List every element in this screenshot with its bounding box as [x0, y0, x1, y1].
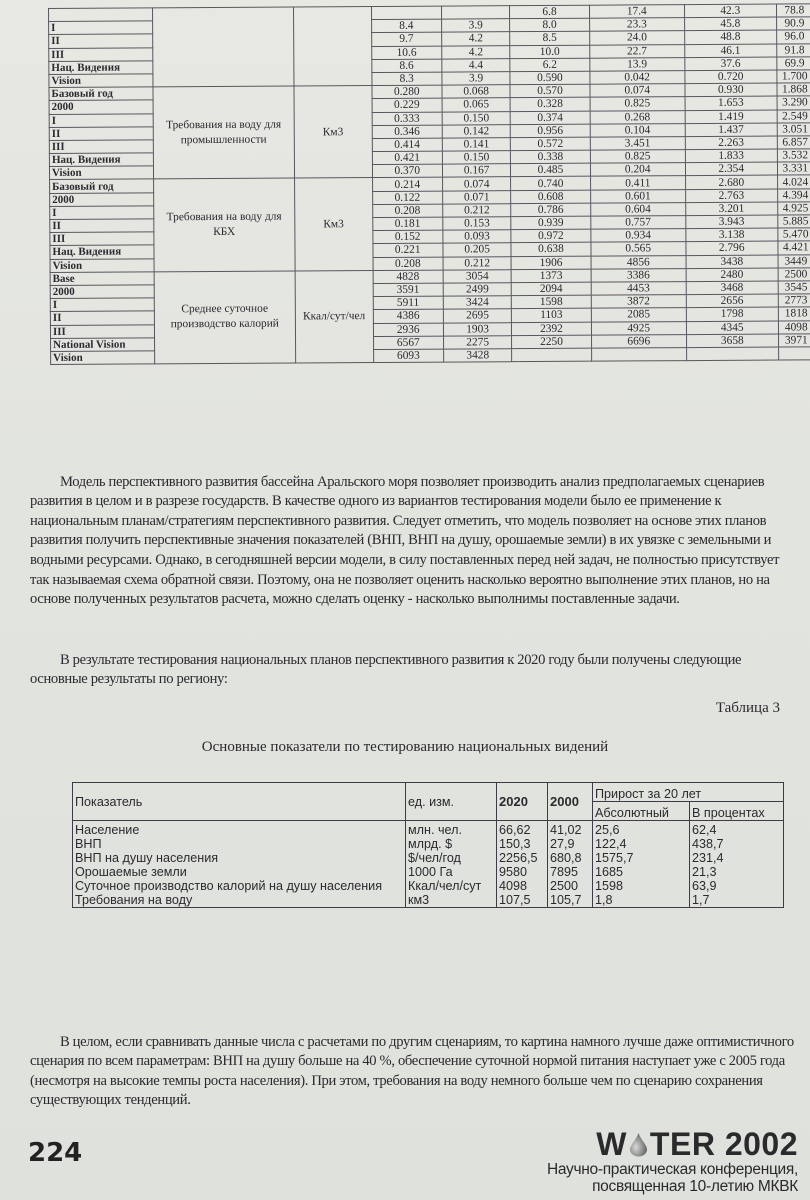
indicator-group: Среднее суточное производство калорий	[154, 271, 296, 364]
scenario-label: Базовый год	[50, 179, 154, 193]
value-cell: 0.214	[372, 178, 442, 192]
table-row: Орошаемые земли1000 Га95807895168521,3	[73, 865, 784, 879]
value-cell: 23.3	[589, 18, 684, 32]
value-cell: 0.333	[372, 112, 442, 126]
page-number: 224	[28, 1138, 82, 1168]
value-cell: 0.208	[373, 257, 443, 271]
indicator-group: Требования на воду для промышленности	[153, 86, 295, 179]
value-cell: 2499	[443, 283, 512, 297]
scenario-label	[49, 8, 153, 22]
value-cell: 0.268	[590, 110, 685, 124]
value-cell: 1103	[512, 309, 591, 323]
paragraph-results-intro: В результате тестирования национальных п…	[30, 651, 798, 690]
y2000-cell: 2500	[548, 879, 593, 893]
value-cell: 8.6	[371, 59, 441, 73]
y2000-cell: 105,7	[548, 893, 593, 908]
value-cell: 0.825	[590, 150, 685, 164]
unit-cell: млрд. $	[406, 837, 497, 851]
value-cell: 0.930	[685, 83, 777, 97]
table-title: Основные показатели по тестированию наци…	[0, 739, 810, 756]
percent-cell: 21,3	[690, 865, 784, 879]
value-cell: 2936	[373, 323, 443, 337]
value-cell: 1.833	[685, 149, 777, 163]
value-cell: 2085	[591, 308, 686, 322]
value-cell: 3428	[443, 349, 512, 363]
value-cell: 0.150	[442, 151, 511, 165]
value-cell: 3386	[591, 268, 686, 282]
national-visions-table: Показатель ед. изм. 2020 2000 Прирост за…	[72, 782, 784, 908]
scenario-label: III	[50, 232, 154, 246]
value-cell: 2.549	[777, 109, 810, 122]
value-cell: 6.857	[777, 136, 810, 149]
indicator-unit: Км3	[294, 178, 372, 271]
value-cell: 3.943	[686, 215, 778, 229]
value-cell: 17.4	[589, 5, 684, 19]
value-cell: 0.346	[372, 125, 442, 139]
indicator-cell: Население	[73, 821, 406, 838]
value-cell: 13.9	[589, 57, 684, 71]
paragraph-conclusion: В целом, если сравнивать данные числа с …	[30, 1033, 798, 1111]
value-cell: 0.414	[372, 138, 442, 152]
absolute-cell: 1685	[593, 865, 690, 879]
y2000-cell: 41,02	[548, 821, 593, 838]
value-cell: 0.604	[590, 202, 685, 216]
scenario-label: I	[50, 298, 154, 312]
scenario-label: II	[50, 311, 154, 325]
indicator-cell: Орошаемые земли	[73, 865, 406, 879]
value-cell: 3971	[778, 334, 810, 347]
value-cell: 45.8	[684, 17, 776, 31]
value-cell: 3.9	[441, 19, 510, 33]
table-row: Суточное производство калорий на душу на…	[73, 879, 784, 893]
value-cell: 4925	[591, 321, 686, 335]
value-cell: 3449	[778, 254, 810, 267]
scenario-label: I	[49, 21, 153, 35]
scenario-label: 2000	[50, 285, 154, 299]
value-cell: 5911	[373, 296, 443, 310]
indicator-group	[152, 7, 294, 87]
value-cell: 0.328	[510, 98, 589, 112]
value-cell: 3.201	[686, 202, 778, 216]
absolute-cell: 25,6	[593, 821, 690, 838]
absolute-cell: 1598	[593, 879, 690, 893]
value-cell: 24.0	[589, 31, 684, 45]
header-growth: Прирост за 20 лет	[593, 783, 784, 802]
value-cell: 0.208	[372, 204, 442, 218]
value-cell: 0.167	[442, 164, 511, 178]
value-cell: 0.181	[372, 217, 442, 231]
unit-cell: 1000 Га	[406, 865, 497, 879]
scenario-label: 2000	[50, 192, 154, 206]
value-cell: 0.205	[443, 243, 512, 257]
value-cell: 0.042	[589, 71, 684, 85]
y2020-cell: 4098	[497, 879, 548, 893]
value-cell: 4.925	[777, 202, 810, 215]
scenario-label: II	[49, 127, 153, 141]
value-cell: 10.0	[510, 45, 589, 59]
value-cell: 1906	[511, 256, 590, 270]
value-cell: 0.074	[590, 84, 685, 98]
value-cell: 4098	[778, 320, 810, 333]
scenario-label: III	[49, 140, 153, 154]
indicator-cell: Суточное производство калорий на душу на…	[73, 879, 406, 893]
percent-cell: 1,7	[690, 893, 784, 908]
value-cell: 3545	[778, 281, 810, 294]
header-percent: В процентах	[690, 802, 784, 821]
value-cell: 1.419	[685, 110, 777, 124]
scenario-label: Vision	[51, 351, 155, 365]
value-cell: 3.9	[442, 72, 511, 86]
value-cell: 2656	[686, 294, 778, 308]
value-cell: 1.653	[685, 96, 777, 110]
table-row: Населениемлн. чел.66,6241,0225,662,4	[73, 821, 784, 838]
value-cell: 3054	[443, 269, 512, 283]
table-row: Требования на водукм3107,5105,71,81,7	[73, 893, 784, 908]
value-cell: 0.825	[590, 97, 685, 111]
value-cell: 2480	[686, 268, 778, 282]
indicator-cell: ВНП	[73, 837, 406, 851]
value-cell: 3872	[591, 295, 686, 309]
value-cell: 0.421	[372, 151, 442, 165]
value-cell: 37.6	[685, 57, 777, 71]
value-cell: 90.9	[776, 17, 810, 30]
value-cell: 96.0	[776, 30, 810, 43]
value-cell: 42.3	[684, 4, 776, 18]
value-cell: 4856	[591, 255, 686, 269]
water-drop-icon	[629, 1129, 648, 1154]
value-cell: 0.093	[443, 230, 512, 244]
value-cell: 2275	[443, 335, 512, 349]
absolute-cell: 1575,7	[593, 851, 690, 865]
value-cell: 4828	[373, 270, 443, 284]
value-cell: 0.068	[442, 85, 511, 99]
y2020-cell: 107,5	[497, 893, 548, 908]
value-cell: 0.204	[590, 163, 685, 177]
value-cell	[371, 6, 441, 20]
value-cell: 4.4	[442, 58, 511, 72]
value-cell: 0.142	[442, 124, 511, 138]
indicator-unit: Км3	[294, 86, 372, 179]
value-cell: 0.065	[442, 98, 511, 112]
value-cell: 3438	[686, 255, 778, 269]
scenario-table: 6.817.442.378.8I8.43.98.023.345.890.9II9…	[48, 3, 810, 365]
percent-cell: 231,4	[690, 851, 784, 865]
document-page: 6.817.442.378.8I8.43.98.023.345.890.9II9…	[0, 0, 810, 1200]
header-2020: 2020	[497, 783, 548, 821]
value-cell: 2.680	[685, 175, 777, 189]
scenario-label: III	[50, 324, 154, 338]
value-cell: 48.8	[685, 30, 777, 44]
value-cell: 10.6	[371, 46, 441, 60]
value-cell: 0.074	[442, 177, 511, 191]
value-cell: 0.212	[443, 203, 512, 217]
y2000-cell: 27,9	[548, 837, 593, 851]
value-cell: 0.411	[590, 176, 685, 190]
value-cell: 0.212	[443, 256, 512, 270]
y2020-cell: 9580	[497, 865, 548, 879]
scenario-label: Vision	[49, 166, 153, 180]
value-cell: 2500	[778, 268, 810, 281]
value-cell: 0.141	[442, 138, 511, 152]
value-cell: 3.451	[590, 136, 685, 150]
value-cell: 6093	[373, 349, 443, 363]
value-cell: 4.2	[442, 45, 511, 59]
header-absolute: Абсолютный	[593, 802, 690, 821]
value-cell: 4.394	[777, 188, 810, 201]
value-cell: 2094	[512, 282, 591, 296]
percent-cell: 63,9	[690, 879, 784, 893]
value-cell: 1.700	[777, 70, 810, 83]
header-2000: 2000	[548, 783, 593, 821]
value-cell: 0.221	[373, 243, 443, 257]
value-cell: 0.153	[443, 217, 512, 231]
value-cell: 1.868	[777, 83, 810, 96]
value-cell: 1903	[443, 322, 512, 336]
value-cell: 2250	[512, 335, 591, 349]
indicator-cell: Требования на воду	[73, 893, 406, 908]
value-cell: 2.763	[686, 189, 778, 203]
value-cell: 0.570	[510, 84, 589, 98]
value-cell: 0.786	[511, 203, 590, 217]
value-cell: 0.150	[442, 111, 511, 125]
value-cell: 3.331	[777, 162, 810, 175]
value-cell: 9.7	[371, 32, 441, 46]
scenario-label: Vision	[49, 74, 153, 88]
value-cell: 2.263	[685, 136, 777, 150]
table-number: Таблица 3	[716, 700, 780, 717]
unit-cell: млн. чел.	[406, 821, 497, 838]
value-cell: 0.720	[685, 70, 777, 84]
value-cell: 78.8	[776, 4, 810, 17]
value-cell: 0.338	[511, 150, 590, 164]
value-cell: 0.565	[591, 242, 686, 256]
value-cell: 4386	[373, 309, 443, 323]
y2000-cell: 7895	[548, 865, 593, 879]
value-cell: 2.354	[685, 162, 777, 176]
value-cell: 1373	[511, 269, 590, 283]
value-cell: 0.939	[511, 216, 590, 230]
scenario-label: II	[49, 34, 153, 48]
value-cell: 46.1	[685, 44, 777, 58]
value-cell: 6.2	[510, 58, 589, 72]
value-cell: 4453	[591, 282, 686, 296]
y2020-cell: 150,3	[497, 837, 548, 851]
indicator-unit: Ккал/сут/чел	[295, 270, 373, 363]
scenario-label: Базовый год	[49, 87, 153, 101]
value-cell: 4.421	[778, 241, 810, 254]
value-cell: 3.532	[777, 149, 810, 162]
percent-cell: 438,7	[690, 837, 784, 851]
value-cell: 8.5	[510, 32, 589, 46]
value-cell: 0.071	[443, 190, 512, 204]
value-cell: 0.740	[511, 177, 590, 191]
value-cell: 22.7	[589, 44, 684, 58]
scenario-label: Base	[50, 272, 154, 286]
value-cell: 69.9	[776, 57, 810, 70]
header-unit: ед. изм.	[406, 783, 497, 821]
value-cell: 0.229	[372, 98, 442, 112]
conference-subtitle-line2: посвященная 10-летию МКВК	[547, 1178, 798, 1195]
value-cell	[686, 347, 778, 361]
value-cell: 0.934	[590, 229, 685, 243]
absolute-cell: 122,4	[593, 837, 690, 851]
value-cell: 5.470	[777, 228, 810, 241]
value-cell	[512, 348, 591, 362]
value-cell: 1598	[512, 295, 591, 309]
value-cell: 2695	[443, 309, 512, 323]
indicator-unit	[293, 7, 371, 87]
value-cell: 0.280	[372, 85, 442, 99]
value-cell: 0.608	[511, 190, 590, 204]
value-cell: 8.3	[372, 72, 442, 86]
table-row: ВНПмлрд. $150,327,9122,4438,7	[73, 837, 784, 851]
scenario-label: I	[49, 113, 153, 127]
scenario-label: II	[50, 219, 154, 233]
value-cell: 4345	[686, 321, 778, 335]
value-cell: 3.290	[777, 96, 810, 109]
value-cell: 0.757	[590, 216, 685, 230]
y2020-cell: 66,62	[497, 821, 548, 838]
scenario-label: Vision	[50, 258, 154, 272]
value-cell: 6567	[373, 336, 443, 350]
conference-branding: WTER 2002 Научно-практическая конференци…	[547, 1127, 798, 1195]
value-cell: 2.796	[686, 241, 778, 255]
indicator-cell: ВНП на душу населения	[73, 851, 406, 865]
value-cell: 0.601	[590, 189, 685, 203]
value-cell: 0.956	[511, 124, 590, 138]
value-cell: 3468	[686, 281, 778, 295]
value-cell	[591, 347, 686, 361]
value-cell: 1798	[686, 307, 778, 321]
paragraph-model-description: Модель перспективного развития бассейна …	[30, 473, 798, 610]
value-cell: 3.051	[777, 123, 810, 136]
value-cell: 1.437	[685, 123, 777, 137]
value-cell: 0.122	[372, 191, 442, 205]
value-cell: 0.638	[511, 243, 590, 257]
value-cell: 3.138	[686, 228, 778, 242]
unit-cell: км3	[406, 893, 497, 908]
value-cell: 0.572	[511, 137, 590, 151]
water-2002-logo: WTER 2002	[547, 1127, 798, 1161]
value-cell: 0.590	[510, 71, 589, 85]
conference-subtitle-line1: Научно-практическая конференция,	[547, 1161, 798, 1178]
scenario-label: Нац. Видения	[49, 61, 153, 75]
value-cell: 8.4	[371, 19, 441, 33]
unit-cell: Ккал/чел/сут	[406, 879, 497, 893]
percent-cell: 62,4	[690, 821, 784, 838]
value-cell: 3424	[443, 296, 512, 310]
scenario-label: III	[49, 47, 153, 61]
value-cell: 8.0	[510, 18, 589, 32]
value-cell: 0.104	[590, 123, 685, 137]
scenario-label: I	[50, 206, 154, 220]
indicator-group: Требования на воду для КБХ	[153, 178, 295, 271]
header-indicator: Показатель	[73, 783, 406, 821]
value-cell: 4.2	[442, 32, 511, 46]
value-cell: 91.8	[776, 43, 810, 56]
scenario-label: National Vision	[51, 338, 155, 352]
value-cell: 0.374	[511, 111, 590, 125]
value-cell: 0.370	[372, 164, 442, 178]
value-cell: 0.972	[511, 229, 590, 243]
value-cell: 5.885	[777, 215, 810, 228]
unit-cell: $/чел/год	[406, 851, 497, 865]
y2020-cell: 2256,5	[497, 851, 548, 865]
value-cell: 0.485	[511, 163, 590, 177]
value-cell: 1818	[778, 307, 810, 320]
value-cell: 6.8	[510, 5, 589, 19]
value-cell: 6696	[591, 334, 686, 348]
value-cell	[441, 6, 510, 20]
value-cell: 0.152	[372, 230, 442, 244]
table-row: ВНП на душу населения$/чел/год2256,5680,…	[73, 851, 784, 865]
value-cell: 4.024	[777, 175, 810, 188]
value-cell: 3591	[373, 283, 443, 297]
y2000-cell: 680,8	[548, 851, 593, 865]
value-cell	[778, 347, 810, 360]
absolute-cell: 1,8	[593, 893, 690, 908]
scenario-label: Нац. Видения	[49, 153, 153, 167]
value-cell: 3658	[686, 334, 778, 348]
value-cell: 2392	[512, 322, 591, 336]
scenario-label: Нац. Видения	[50, 245, 154, 259]
scenario-label: 2000	[49, 100, 153, 114]
value-cell: 2773	[778, 294, 810, 307]
